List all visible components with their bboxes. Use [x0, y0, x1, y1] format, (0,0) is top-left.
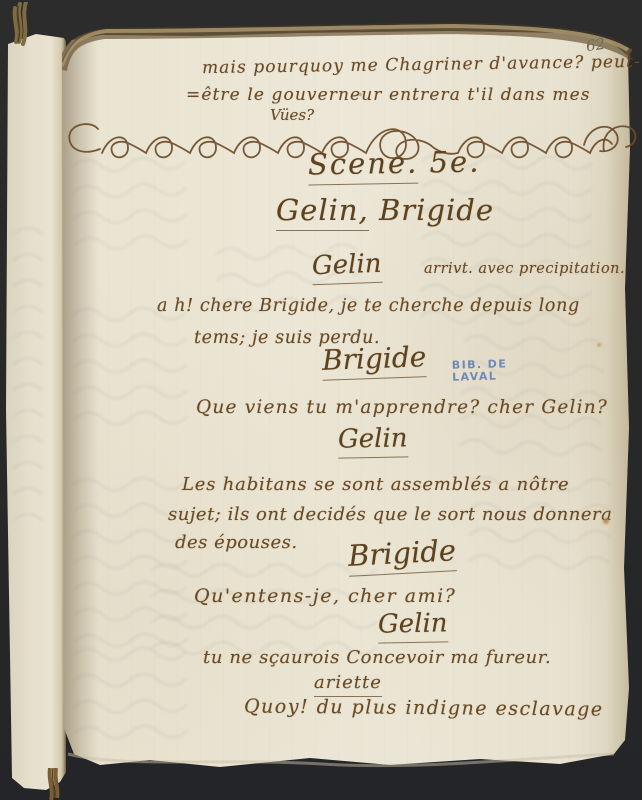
- paper-stain: [596, 342, 602, 348]
- scene-heading: Scene. 5e.: [308, 147, 481, 179]
- paper-stain: [602, 516, 610, 526]
- binding-thread-bottom: [42, 768, 64, 800]
- speaker-heading: Brigide: [347, 536, 456, 571]
- speaker-heading: Gelin: [312, 251, 382, 279]
- speaker-heading: Gelin: [378, 610, 448, 637]
- dialogue-line: Que viens tu m'apprendre? cher Gelin?: [196, 399, 608, 418]
- binding-stitch-icon: [6, 2, 46, 50]
- dialogue-line: Qu'entens-je, cher ami?: [194, 587, 456, 606]
- speaker-heading: Gelin: [338, 425, 408, 452]
- ariette-label: ariette: [314, 674, 382, 692]
- dialogue-line: Les habitans se sont assemblés a nôtre: [182, 476, 570, 494]
- dialogue-line: tu ne sçaurois Concevoir ma fureur.: [203, 649, 551, 667]
- photo-background: 62 mais pourquoy me Chagriner d'avance? …: [0, 0, 642, 800]
- character-gelin: Gelin,: [276, 193, 369, 231]
- character-brigide: Brigide: [379, 193, 494, 227]
- previous-page-edge: [6, 30, 66, 790]
- dialogue-line: a h! chere Brigide, je te cherche depuis…: [157, 298, 580, 316]
- speaker-heading: Brigide: [322, 343, 427, 375]
- library-stamp: BIB. DE LAVAL: [452, 358, 508, 384]
- stage-direction: arrivt. avec precipitation.: [424, 262, 625, 277]
- note-line: Vües?: [270, 108, 314, 123]
- scene-word: Scene.: [308, 146, 419, 186]
- characters-line: Gelin, Brigide: [276, 196, 494, 225]
- paper-stain: [358, 92, 363, 97]
- dialogue-line: des épouses.: [175, 534, 298, 552]
- stamp-line: LAVAL: [452, 370, 508, 384]
- note-line: =être le gouverneur entrera t'il dans me…: [186, 87, 591, 104]
- scene-number: 5e.: [429, 144, 480, 179]
- ariette-line: Quoy! du plus indigne esclavage: [244, 697, 604, 719]
- dialogue-line: sujet; ils ont decidés que le sort nous …: [168, 506, 612, 524]
